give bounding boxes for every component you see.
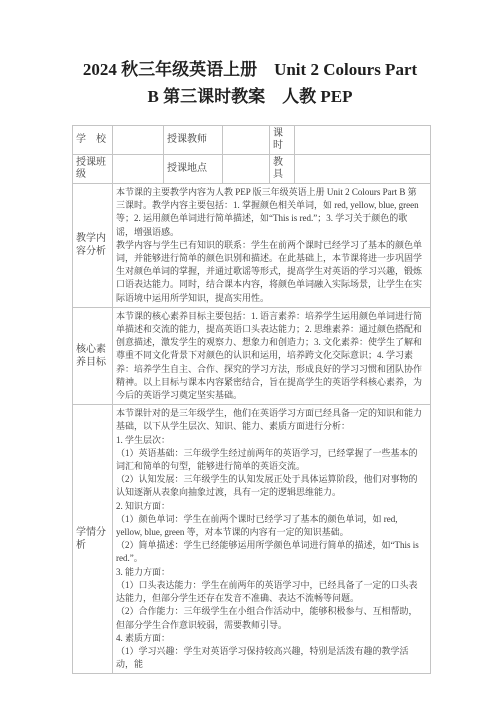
section-row-learner-analysis: 学情分析 本节课针对的是三年级学生，他们在英语学习方面已经具备一定的知识和能力基…: [73, 405, 431, 674]
paragraph: 本节课针对的是三年级学生，他们在英语学习方面已经具备一定的知识和能力基础，以下从…: [116, 407, 425, 433]
paragraph: 3. 能力方面：: [116, 566, 425, 579]
paragraph: （1）英语基础：三年级学生经过前两年的英语学习，已经掌握了一些基本的词汇和简单的…: [116, 447, 425, 473]
school-label-cell: 学 校: [73, 126, 113, 155]
document-title: 2024 秋三年级英语上册 Unit 2 Colours Part B 第三课时…: [0, 0, 500, 110]
section-content-learner-analysis: 本节课针对的是三年级学生，他们在英语学习方面已经具备一定的知识和能力基础，以下从…: [113, 405, 431, 674]
paragraph: 2. 知识方面：: [116, 500, 425, 513]
paragraph: （2）合作能力：三年级学生在小组合作活动中，能够积极参与、互相帮助，但部分学生合…: [116, 605, 425, 631]
paragraph: 1. 学生层次：: [116, 434, 425, 447]
paragraph: （1）口头表达能力：学生在前两年的英语学习中，已经具备了一定的口头表达能力，但部…: [116, 579, 425, 605]
period-value-cell: [295, 126, 431, 155]
paragraph: （2）认知发展：三年级学生的认知发展正处于具体运算阶段，他们对事物的认知逐渐从表…: [116, 473, 425, 499]
info-row-2: 授课班级 授课地点 教具: [73, 155, 431, 184]
location-label-cell: 授课地点: [164, 155, 223, 184]
document-page: 2024 秋三年级英语上册 Unit 2 Colours Part B 第三课时…: [0, 0, 500, 707]
section-row-content-analysis: 教学内容分析 本节课的主要教学内容为人教 PEP 版三年级英语上册 Unit 2…: [73, 184, 431, 308]
location-value-cell: [223, 155, 270, 184]
paragraph: （1）学习兴趣：学生对英语学习保持较高兴趣，特别是活泼有趣的教学活动，能: [116, 645, 425, 671]
paragraph: 教学内容与学生已有知识的联系：学生在前两个课时已经学习了基本的颜色单词，并能够进…: [116, 239, 425, 305]
class-label-cell: 授课班级: [73, 155, 113, 184]
section-content-content-analysis: 本节课的主要教学内容为人教 PEP 版三年级英语上册 Unit 2 Colour…: [113, 184, 431, 308]
school-value-cell: [113, 126, 164, 155]
teacher-value-cell: [223, 126, 270, 155]
period-label-cell: 课时: [270, 126, 295, 155]
title-line-1: 2024 秋三年级英语上册 Unit 2 Colours Part: [0, 56, 500, 83]
section-label-core-competencies: 核心素养目标: [73, 307, 113, 404]
section-content-core-competencies: 本节课的核心素养目标主要包括：1. 语言素养：培养学生运用颜色单词进行简单描述和…: [113, 307, 431, 404]
lesson-info-table: 学 校 授课教师 课时 授课班级 授课地点 教具 教学内容分析 本节课的主要教学…: [72, 125, 431, 674]
section-label-learner-analysis: 学情分析: [73, 405, 113, 674]
info-row-1: 学 校 授课教师 课时: [73, 126, 431, 155]
title-line-2: B 第三课时教案 人教 PEP: [0, 83, 500, 110]
section-label-content-analysis: 教学内容分析: [73, 184, 113, 308]
paragraph: （1）颜色单词：学生在前两个课时已经学习了基本的颜色单词，如 red, yell…: [116, 513, 425, 539]
teacher-label-cell: 授课教师: [164, 126, 223, 155]
paragraph: 本节课的主要教学内容为人教 PEP 版三年级英语上册 Unit 2 Colour…: [116, 186, 425, 239]
aids-value-cell: [295, 155, 431, 184]
paragraph: 本节课的核心素养目标主要包括：1. 语言素养：培养学生运用颜色单词进行简单描述和…: [116, 310, 425, 402]
class-value-cell: [113, 155, 164, 184]
paragraph: 4. 素质方面：: [116, 632, 425, 645]
section-row-core-competencies: 核心素养目标 本节课的核心素养目标主要包括：1. 语言素养：培养学生运用颜色单词…: [73, 307, 431, 404]
aids-label-cell: 教具: [270, 155, 295, 184]
paragraph: （2）简单描述：学生已经能够运用所学颜色单词进行简单的描述，如“This is …: [116, 539, 425, 565]
